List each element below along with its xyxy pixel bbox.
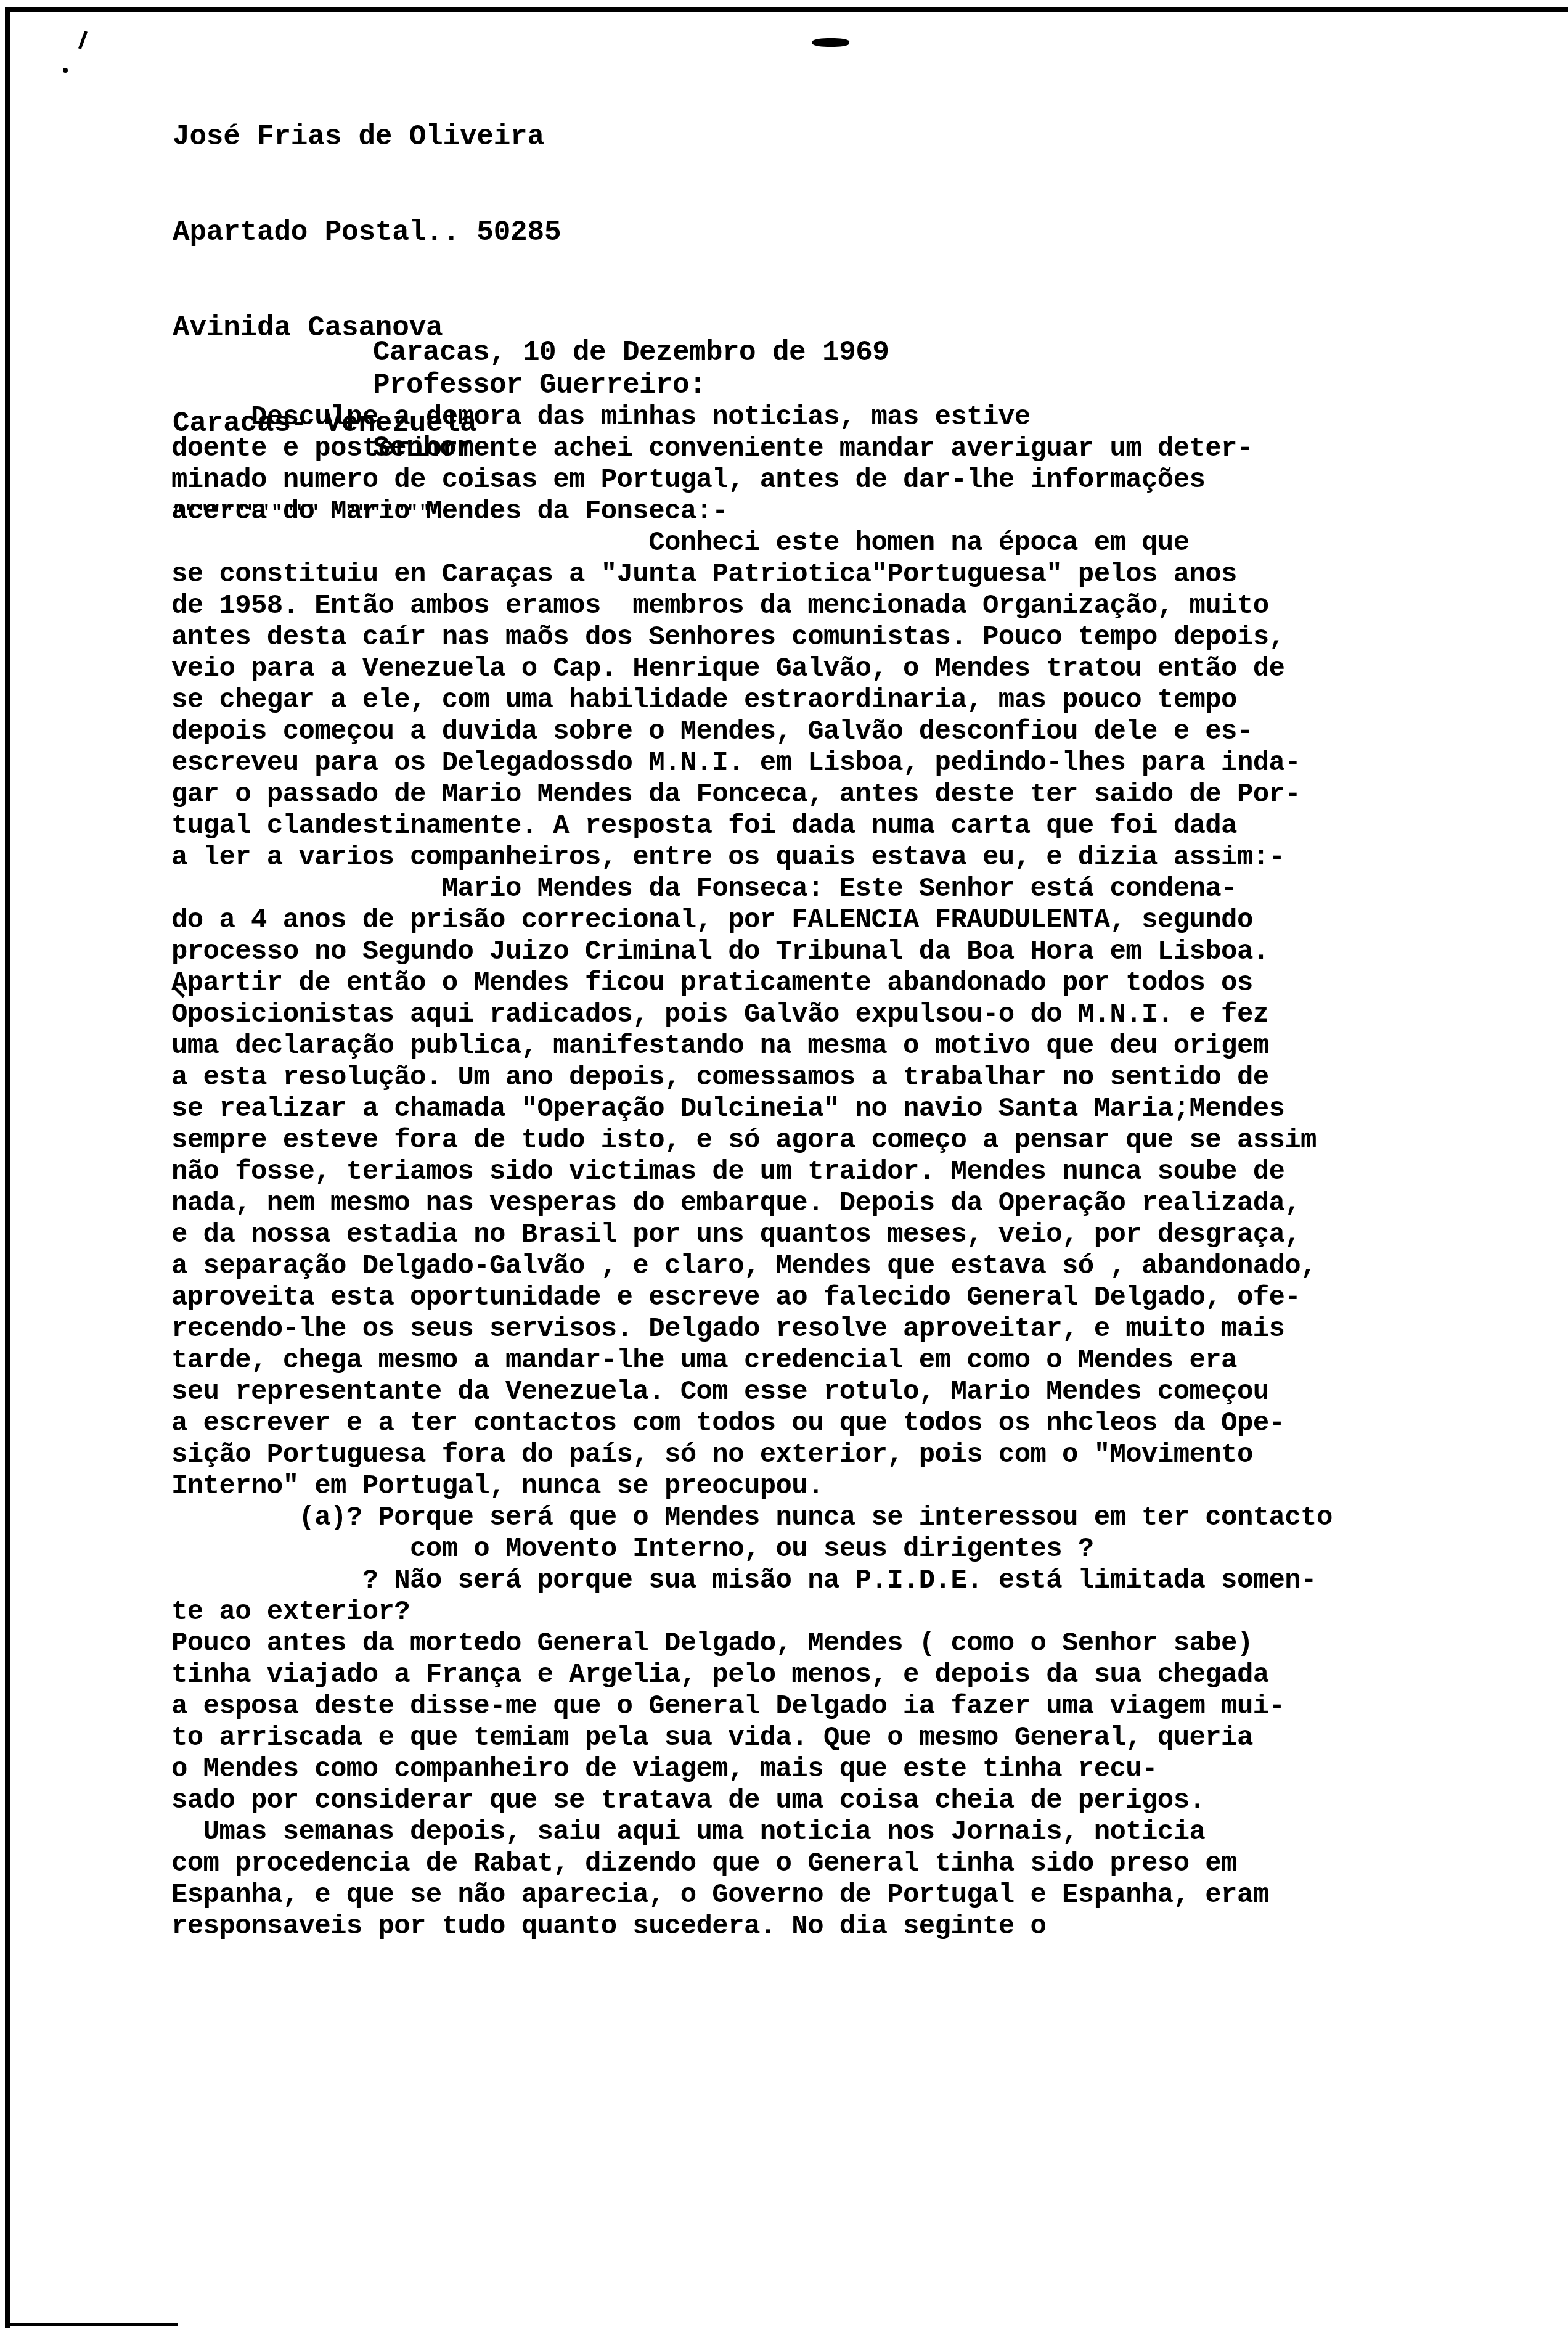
body-line: antes desta caír nas maõs dos Senhores c…	[171, 622, 1333, 654]
body-line: uma declaração publica, manifestando na …	[171, 1031, 1333, 1062]
body-line: do a 4 anos de prisão correcional, por F…	[171, 905, 1333, 937]
body-line: (a)? Porque será que o Mendes nunca se i…	[171, 1502, 1333, 1534]
body-line: minado numero de coisas em Portugal, ant…	[171, 465, 1333, 496]
body-line: Conheci este homen na época em que	[171, 528, 1333, 559]
body-line: Mario Mendes da Fonseca: Este Senhor est…	[171, 874, 1333, 905]
body-line: tinha viajado a França e Argelia, pelo m…	[171, 1660, 1333, 1691]
body-line: e da nossa estadia no Brasil por uns qua…	[171, 1219, 1333, 1251]
body-line: sempre esteve fora de tudo isto, e só ag…	[171, 1125, 1333, 1157]
ink-dot-mark	[63, 68, 68, 73]
body-line: seu representante da Venezuela. Com esse…	[171, 1377, 1333, 1408]
body-line: a separação Delgado-Galvão , e claro, Me…	[171, 1251, 1333, 1282]
date-line: Caracas, 10 de Dezembro de 1969	[373, 337, 889, 368]
body-line: doente e posteriormente achei convenient…	[171, 433, 1333, 465]
salutation: Professor Guerreiro:	[373, 370, 706, 401]
letter-page: José Frias de Oliveira Apartado Postal..…	[0, 0, 1568, 2328]
body-line: acerca do Mario Mendes da Fonseca:-	[171, 496, 1333, 528]
body-line: Umas semanas depois, saiu aqui uma notic…	[171, 1817, 1333, 1848]
scan-border-top	[5, 7, 1568, 12]
body-line: processo no Segundo Juizo Criminal do Tr…	[171, 937, 1333, 968]
body-line: depois começou a duvida sobre o Mendes, …	[171, 716, 1333, 748]
body-line: Apartir de então o Mendes ficou praticam…	[171, 968, 1333, 999]
body-line: tarde, chega mesmo a mandar-lhe uma cred…	[171, 1345, 1333, 1377]
body-line: veio para a Venezuela o Cap. Henrique Ga…	[171, 654, 1333, 685]
body-line: Pouco antes da mortedo General Delgado, …	[171, 1628, 1333, 1660]
body-line: ? Não será porque sua misão na P.I.D.E. …	[171, 1565, 1333, 1597]
body-line: sado por considerar que se tratava de um…	[171, 1785, 1333, 1817]
ink-blot-mark	[812, 38, 849, 47]
body-line: Desculpe a demora das minhas noticias, m…	[171, 402, 1333, 433]
body-line: gar o passado de Mario Mendes da Fonceca…	[171, 779, 1333, 811]
ink-stroke-mark	[78, 31, 88, 49]
body-line: responsaveis por tudo quanto sucedera. N…	[171, 1911, 1333, 1943]
letter-body: Desculpe a demora das minhas noticias, m…	[171, 402, 1333, 1943]
body-line: a ler a varios companheiros, entre os qu…	[171, 842, 1333, 874]
body-line: te ao exterior?	[171, 1597, 1333, 1628]
scan-border-left	[5, 7, 10, 2328]
body-line: a escrever e a ter contactos com todos o…	[171, 1408, 1333, 1440]
body-line: Interno" em Portugal, nunca se preocupou…	[171, 1471, 1333, 1502]
sender-name: José Frias de Oliveira	[173, 121, 561, 152]
body-line: a esposa deste disse-me que o General De…	[171, 1691, 1333, 1723]
body-line: com o Movento Interno, ou seus dirigente…	[171, 1534, 1333, 1565]
body-line: escreveu para os Delegadossdo M.N.I. em …	[171, 748, 1333, 779]
body-line: to arriscada e que temiam pela sua vida.…	[171, 1723, 1333, 1754]
body-line: tugal clandestinamente. A resposta foi d…	[171, 811, 1333, 842]
body-line: se constituiu en Caraças a "Junta Patrio…	[171, 559, 1333, 591]
body-line: aproveita esta oportunidade e escreve ao…	[171, 1282, 1333, 1314]
body-line: com procedencia de Rabat, dizendo que o …	[171, 1848, 1333, 1880]
body-line: não fosse, teriamos sido victimas de um …	[171, 1157, 1333, 1188]
body-line: sição Portuguesa fora do país, só no ext…	[171, 1440, 1333, 1471]
body-line: Espanha, e que se não aparecia, o Govern…	[171, 1880, 1333, 1911]
body-line: a esta resolução. Um ano depois, comessa…	[171, 1062, 1333, 1094]
sender-address-line: Apartado Postal.. 50285	[173, 216, 561, 248]
body-line: de 1958. Então ambos eramos membros da m…	[171, 591, 1333, 622]
body-line: o Mendes como companheiro de viagem, mai…	[171, 1754, 1333, 1785]
body-line: nada, nem mesmo nas vesperas do embarque…	[171, 1188, 1333, 1219]
scan-border-bottom	[5, 2323, 178, 2326]
body-line: se realizar a chamada "Operação Dulcinei…	[171, 1094, 1333, 1125]
body-line: recendo-lhe os seus servisos. Delgado re…	[171, 1314, 1333, 1345]
body-line: Oposicionistas aqui radicados, pois Galv…	[171, 999, 1333, 1031]
body-line: se chegar a ele, com uma habilidade estr…	[171, 685, 1333, 716]
